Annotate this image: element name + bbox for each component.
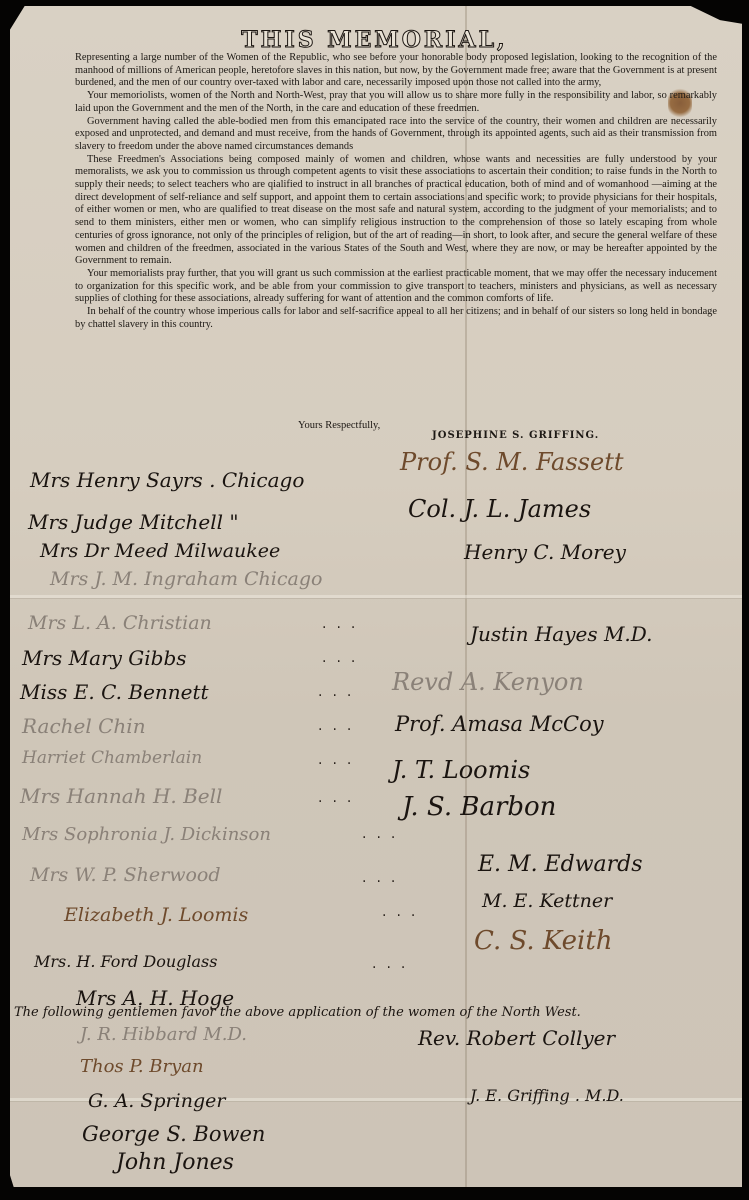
handwritten-signature: Henry C. Morey xyxy=(464,540,626,564)
handwritten-signature: Mrs. H. Ford Douglass xyxy=(34,952,217,971)
handwritten-signature: Mrs W. P. Sherwood xyxy=(30,864,221,886)
handwritten-signature: Rachel Chin xyxy=(22,714,146,738)
handwritten-signature: George S. Bowen xyxy=(82,1122,265,1146)
handwritten-signature: J. E. Griffing . M.D. xyxy=(470,1086,624,1105)
handwritten-signature: Mrs Mary Gibbs xyxy=(22,646,187,670)
paragraph: Representing a large number of the Women… xyxy=(75,52,717,90)
handwritten-signature: Justin Hayes M.D. xyxy=(470,622,652,646)
handwritten-signature: Mrs J. M. Ingraham Chicago xyxy=(50,568,322,590)
handwritten-signature: J. T. Loomis xyxy=(392,756,530,784)
dot-leader: ··· xyxy=(318,688,361,704)
endorsement-note-text: The following gentlemen favor the above … xyxy=(14,1005,581,1020)
handwritten-signature: G. A. Springer xyxy=(88,1090,225,1112)
handwritten-signature: E. M. Edwards xyxy=(478,852,643,877)
handwritten-signature: Prof. S. M. Fassett xyxy=(400,448,624,476)
handwritten-signature: Mrs Judge Mitchell " xyxy=(28,510,239,534)
handwritten-signature: Elizabeth J. Loomis xyxy=(64,904,248,926)
dot-leader: ··· xyxy=(318,756,361,772)
handwritten-signature: Prof. Amasa McCoy xyxy=(395,712,604,736)
memorial-body: Representing a large number of the Women… xyxy=(75,52,717,331)
printed-signer: JOSEPHINE S. GRIFFING. xyxy=(432,430,599,441)
dot-leader: ··· xyxy=(322,654,365,670)
handwritten-signature: Mrs Hannah H. Bell xyxy=(20,784,222,808)
dot-leader: ··· xyxy=(318,722,361,738)
handwritten-signature: Thos P. Bryan xyxy=(80,1056,204,1077)
handwritten-signature: Mrs L. A. Christian xyxy=(28,612,212,634)
dot-leader: ··· xyxy=(322,620,365,636)
dot-leader: ··· xyxy=(362,874,405,890)
dot-leader: ··· xyxy=(382,908,425,924)
paragraph: Your memoriolists, women of the North an… xyxy=(75,90,717,115)
paragraph: In behalf of the country whose imperious… xyxy=(75,306,717,331)
handwritten-signature: Rev. Robert Collyer xyxy=(418,1026,615,1050)
dot-leader: ··· xyxy=(372,960,415,976)
horizontal-fold-crease xyxy=(10,595,742,599)
handwritten-signature: J. R. Hibbard M.D. xyxy=(80,1024,247,1045)
dot-leader: ··· xyxy=(318,794,361,810)
paragraph: These Freedmen's Associations being comp… xyxy=(75,154,717,268)
closing-line: Yours Respectfully, xyxy=(298,420,380,431)
paragraph: Your memorialists pray further, that you… xyxy=(75,268,717,306)
handwritten-signature: Miss E. C. Bennett xyxy=(20,680,209,704)
paragraph: Government having called the able-bodied… xyxy=(75,116,717,154)
handwritten-signature: M. E. Kettner xyxy=(482,890,612,912)
handwritten-signature: Col. J. L. James xyxy=(408,495,591,523)
document-title: THIS MEMORIAL, xyxy=(0,27,749,53)
handwritten-signature: John Jones xyxy=(116,1150,234,1175)
handwritten-signature: Mrs Henry Sayrs . Chicago xyxy=(30,468,304,492)
handwritten-signature: Revd A. Kenyon xyxy=(392,668,584,696)
handwritten-signature: J. S. Barbon xyxy=(402,792,556,822)
handwritten-signature: Harriet Chamberlain xyxy=(22,748,202,768)
handwritten-signature: Mrs Dr Meed Milwaukee xyxy=(40,540,280,562)
dot-leader: ··· xyxy=(362,830,405,846)
handwritten-signature: Mrs Sophronia J. Dickinson xyxy=(22,824,271,845)
handwritten-signature: C. S. Keith xyxy=(474,926,613,956)
